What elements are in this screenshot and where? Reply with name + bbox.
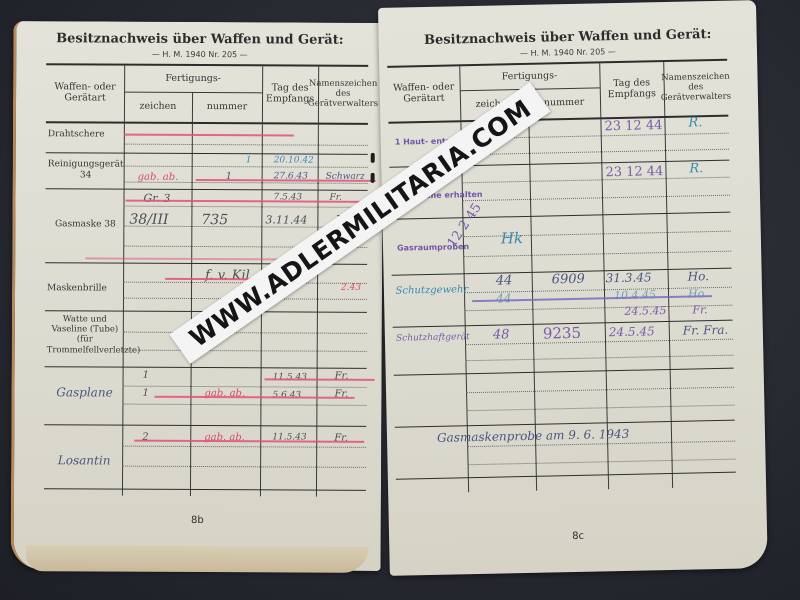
col-item: Waffen- oder Gerätart <box>387 66 460 121</box>
col-item: Waffen- oder Gerätart <box>46 65 124 121</box>
table-row <box>394 369 735 428</box>
table-row: Gasraumproben 12 2 45 Hk <box>390 213 731 276</box>
staple <box>371 173 375 183</box>
col-signature: Namenszeichen des Gerätverwalters <box>663 61 728 116</box>
table-row: Gasplane 1 11.5.43 Fr. 1 gab. ab. 5.6.43… <box>44 367 366 427</box>
col-signature: Namenszeichen des Gerätverwalters <box>318 67 368 123</box>
table-header: Waffen- oder Gerätart Fertigungs- zeiche… <box>387 61 728 124</box>
right-page: Besitznachweis über Waffen und Gerät: — … <box>378 0 768 576</box>
col-number: nummer <box>192 92 262 122</box>
table-row: Schutzgewehr 44 6909 31.3.45 Ho. 44 10.4… <box>392 269 733 328</box>
page-number-right: 8c <box>389 527 767 546</box>
col-mark: zeichen <box>124 92 192 122</box>
col-manufacturing: Fertigungs- <box>124 66 262 93</box>
table-header: Waffen- oder Gerätart Fertigungs- zeiche… <box>46 65 368 125</box>
col-date: Tag des Empfangs <box>599 62 664 117</box>
page-number-left: 8b <box>14 514 381 527</box>
table-row: Drahtschere <box>46 123 368 155</box>
left-page-subtitle: — H. M. 1940 Nr. 205 — <box>16 49 383 60</box>
right-equipment-table: Waffen- oder Gerätart Fertigungs- zeiche… <box>387 59 736 480</box>
gas-test-note: Gasmaskenprobe am 9. 6. 1943 <box>437 427 630 445</box>
left-equipment-table: Waffen- oder Gerätart Fertigungs- zeiche… <box>44 63 368 491</box>
table-row: Losantin 2 gab. ab. 11.5.43 Fr. <box>44 425 366 491</box>
left-page-title: Besitznachweis über Waffen und Gerät: <box>16 31 383 48</box>
table-row: Reinigungsgerät 34 1 20.10.42 gab. ab. 1… <box>46 153 368 191</box>
table-row: Schutzhaftgerät 48 9235 24.5.45 Fr. Fra. <box>393 321 734 376</box>
left-page: Besitznachweis über Waffen und Gerät: — … <box>11 21 384 571</box>
staple <box>371 153 375 163</box>
table-row: Gasmaskenprobe am 9. 6. 1943 <box>395 421 736 480</box>
